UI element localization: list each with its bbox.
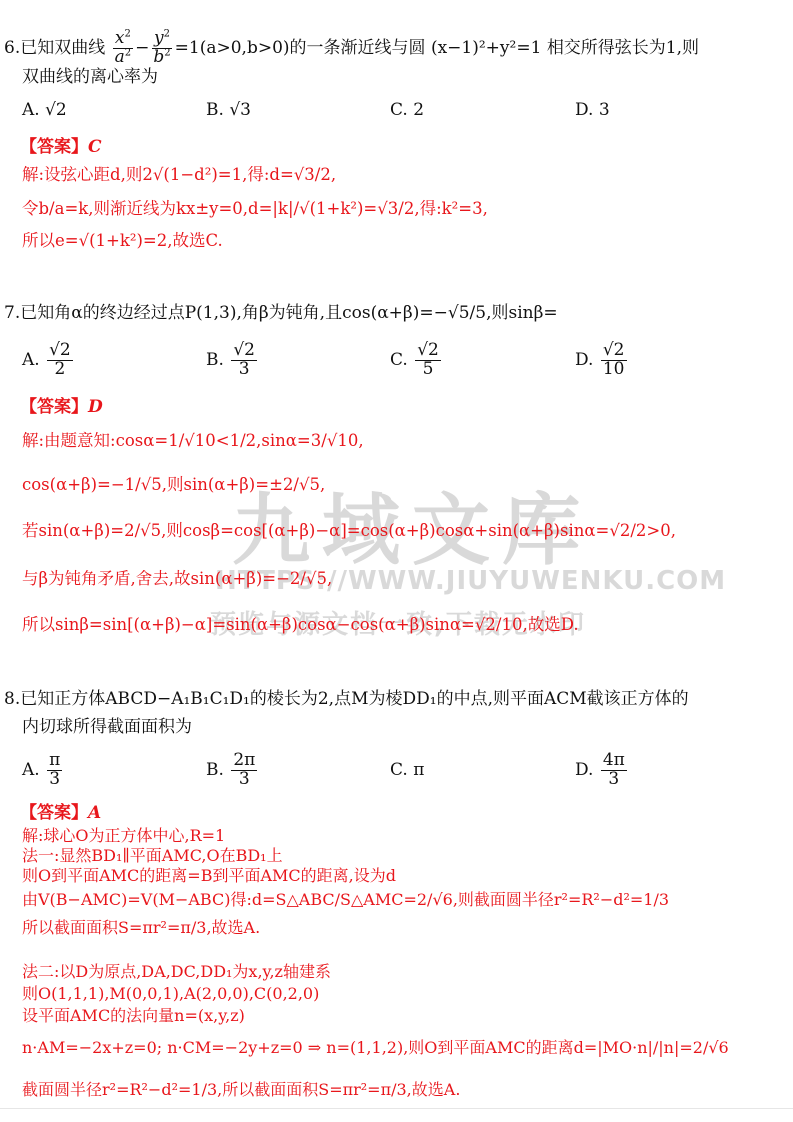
q8-solution-line2: 法一:显然BD₁∥平面AMC,O在BD₁上 xyxy=(22,846,283,865)
q8-solution-line9: n·AM=−2x+z=0; n·CM=−2y+z=0 ⇒ n=(1,1,2),则… xyxy=(22,1038,729,1057)
q7-option-a[interactable]: A. √22 xyxy=(22,342,75,379)
q7-answer: 【答案】D xyxy=(20,392,103,417)
q6-stem-line1: 6.已知双曲线 x2a2−y2b2=1(a>0,b>0)的一条渐近线与圆 (x−… xyxy=(4,30,699,67)
q8-option-d[interactable]: D. 4π3 xyxy=(575,752,629,789)
q8-option-c[interactable]: C. π xyxy=(390,760,424,780)
q7-option-c[interactable]: C. √25 xyxy=(390,342,443,379)
q6-solution-line1: 解:设弦心距d,则2√(1−d²)=1,得:d=√3/2, xyxy=(22,164,336,186)
q6-option-d[interactable]: D. 3 xyxy=(575,100,610,120)
q6-frac-y2b2: y2b2 xyxy=(151,30,172,67)
q6-frac-x2a2: x2a2 xyxy=(113,30,134,67)
page-bottom-divider xyxy=(0,1108,793,1109)
q7-solution-line2: cos(α+β)=−1/√5,则sin(α+β)=±2/√5, xyxy=(22,474,325,496)
q8-option-a[interactable]: A. π3 xyxy=(22,752,64,789)
q6-solution-line2: 令b/a=k,则渐近线为kx±y=0,d=|k|/√(1+k²)=√3/2,得:… xyxy=(22,198,488,220)
q7-solution-line3: 若sin(α+β)=2/√5,则cosβ=cos[(α+β)−α]=cos(α+… xyxy=(22,520,676,542)
q7-option-d[interactable]: D. √210 xyxy=(575,342,629,379)
q7-option-b[interactable]: B. √23 xyxy=(206,342,259,379)
q6-stem-line2: 双曲线的离心率为 xyxy=(22,66,158,88)
q8-solution-line4: 由V(B−AMC)=V(M−ABC)得:d=S△ABC/S△AMC=2/√6,则… xyxy=(22,890,669,909)
q8-solution-line1: 解:球心O为正方体中心,R=1 xyxy=(22,826,225,845)
q8-solution-line7: 则O(1,1,1),M(0,0,1),A(2,0,0),C(0,2,0) xyxy=(22,984,319,1003)
q8-solution-line10: 截面圆半径r²=R²−d²=1/3,所以截面面积S=πr²=π/3,故选A. xyxy=(22,1080,460,1099)
q7-solution-line1: 解:由题意知:cosα=1/√10<1/2,sinα=3/√10, xyxy=(22,430,364,452)
q8-stem-line2: 内切球所得截面面积为 xyxy=(22,716,192,738)
q7-stem: 7.已知角α的终边经过点P(1,3),角β为钝角,且cos(α+β)=−√5/5… xyxy=(4,302,558,324)
q7-solution-line4: 与β为钝角矛盾,舍去,故sin(α+β)=−2/√5, xyxy=(22,568,332,590)
q6-option-c[interactable]: C. 2 xyxy=(390,100,424,120)
q6-answer: 【答案】C xyxy=(20,132,102,157)
q8-solution-line8: 设平面AMC的法向量n=(x,y,z) xyxy=(22,1006,245,1025)
q8-answer: 【答案】A xyxy=(20,798,101,823)
q6-option-a[interactable]: A. √2 xyxy=(22,100,67,120)
q7-solution-line5: 所以sinβ=sin[(α+β)−α]=sin(α+β)cosα−cos(α+β… xyxy=(22,614,579,636)
q6-option-b[interactable]: B. √3 xyxy=(206,100,251,120)
q8-solution-line5: 所以截面面积S=πr²=π/3,故选A. xyxy=(22,918,260,937)
q8-solution-line6: 法二:以D为原点,DA,DC,DD₁为x,y,z轴建系 xyxy=(22,962,331,981)
q8-stem-line1: 8.已知正方体ABCD−A₁B₁C₁D₁的棱长为2,点M为棱DD₁的中点,则平面… xyxy=(4,688,689,710)
q8-option-b[interactable]: B. 2π3 xyxy=(206,752,259,789)
q8-solution-line3: 则O到平面AMC的距离=B到平面AMC的距离,设为d xyxy=(22,866,396,885)
q6-solution-line3: 所以e=√(1+k²)=2,故选C. xyxy=(22,230,223,252)
